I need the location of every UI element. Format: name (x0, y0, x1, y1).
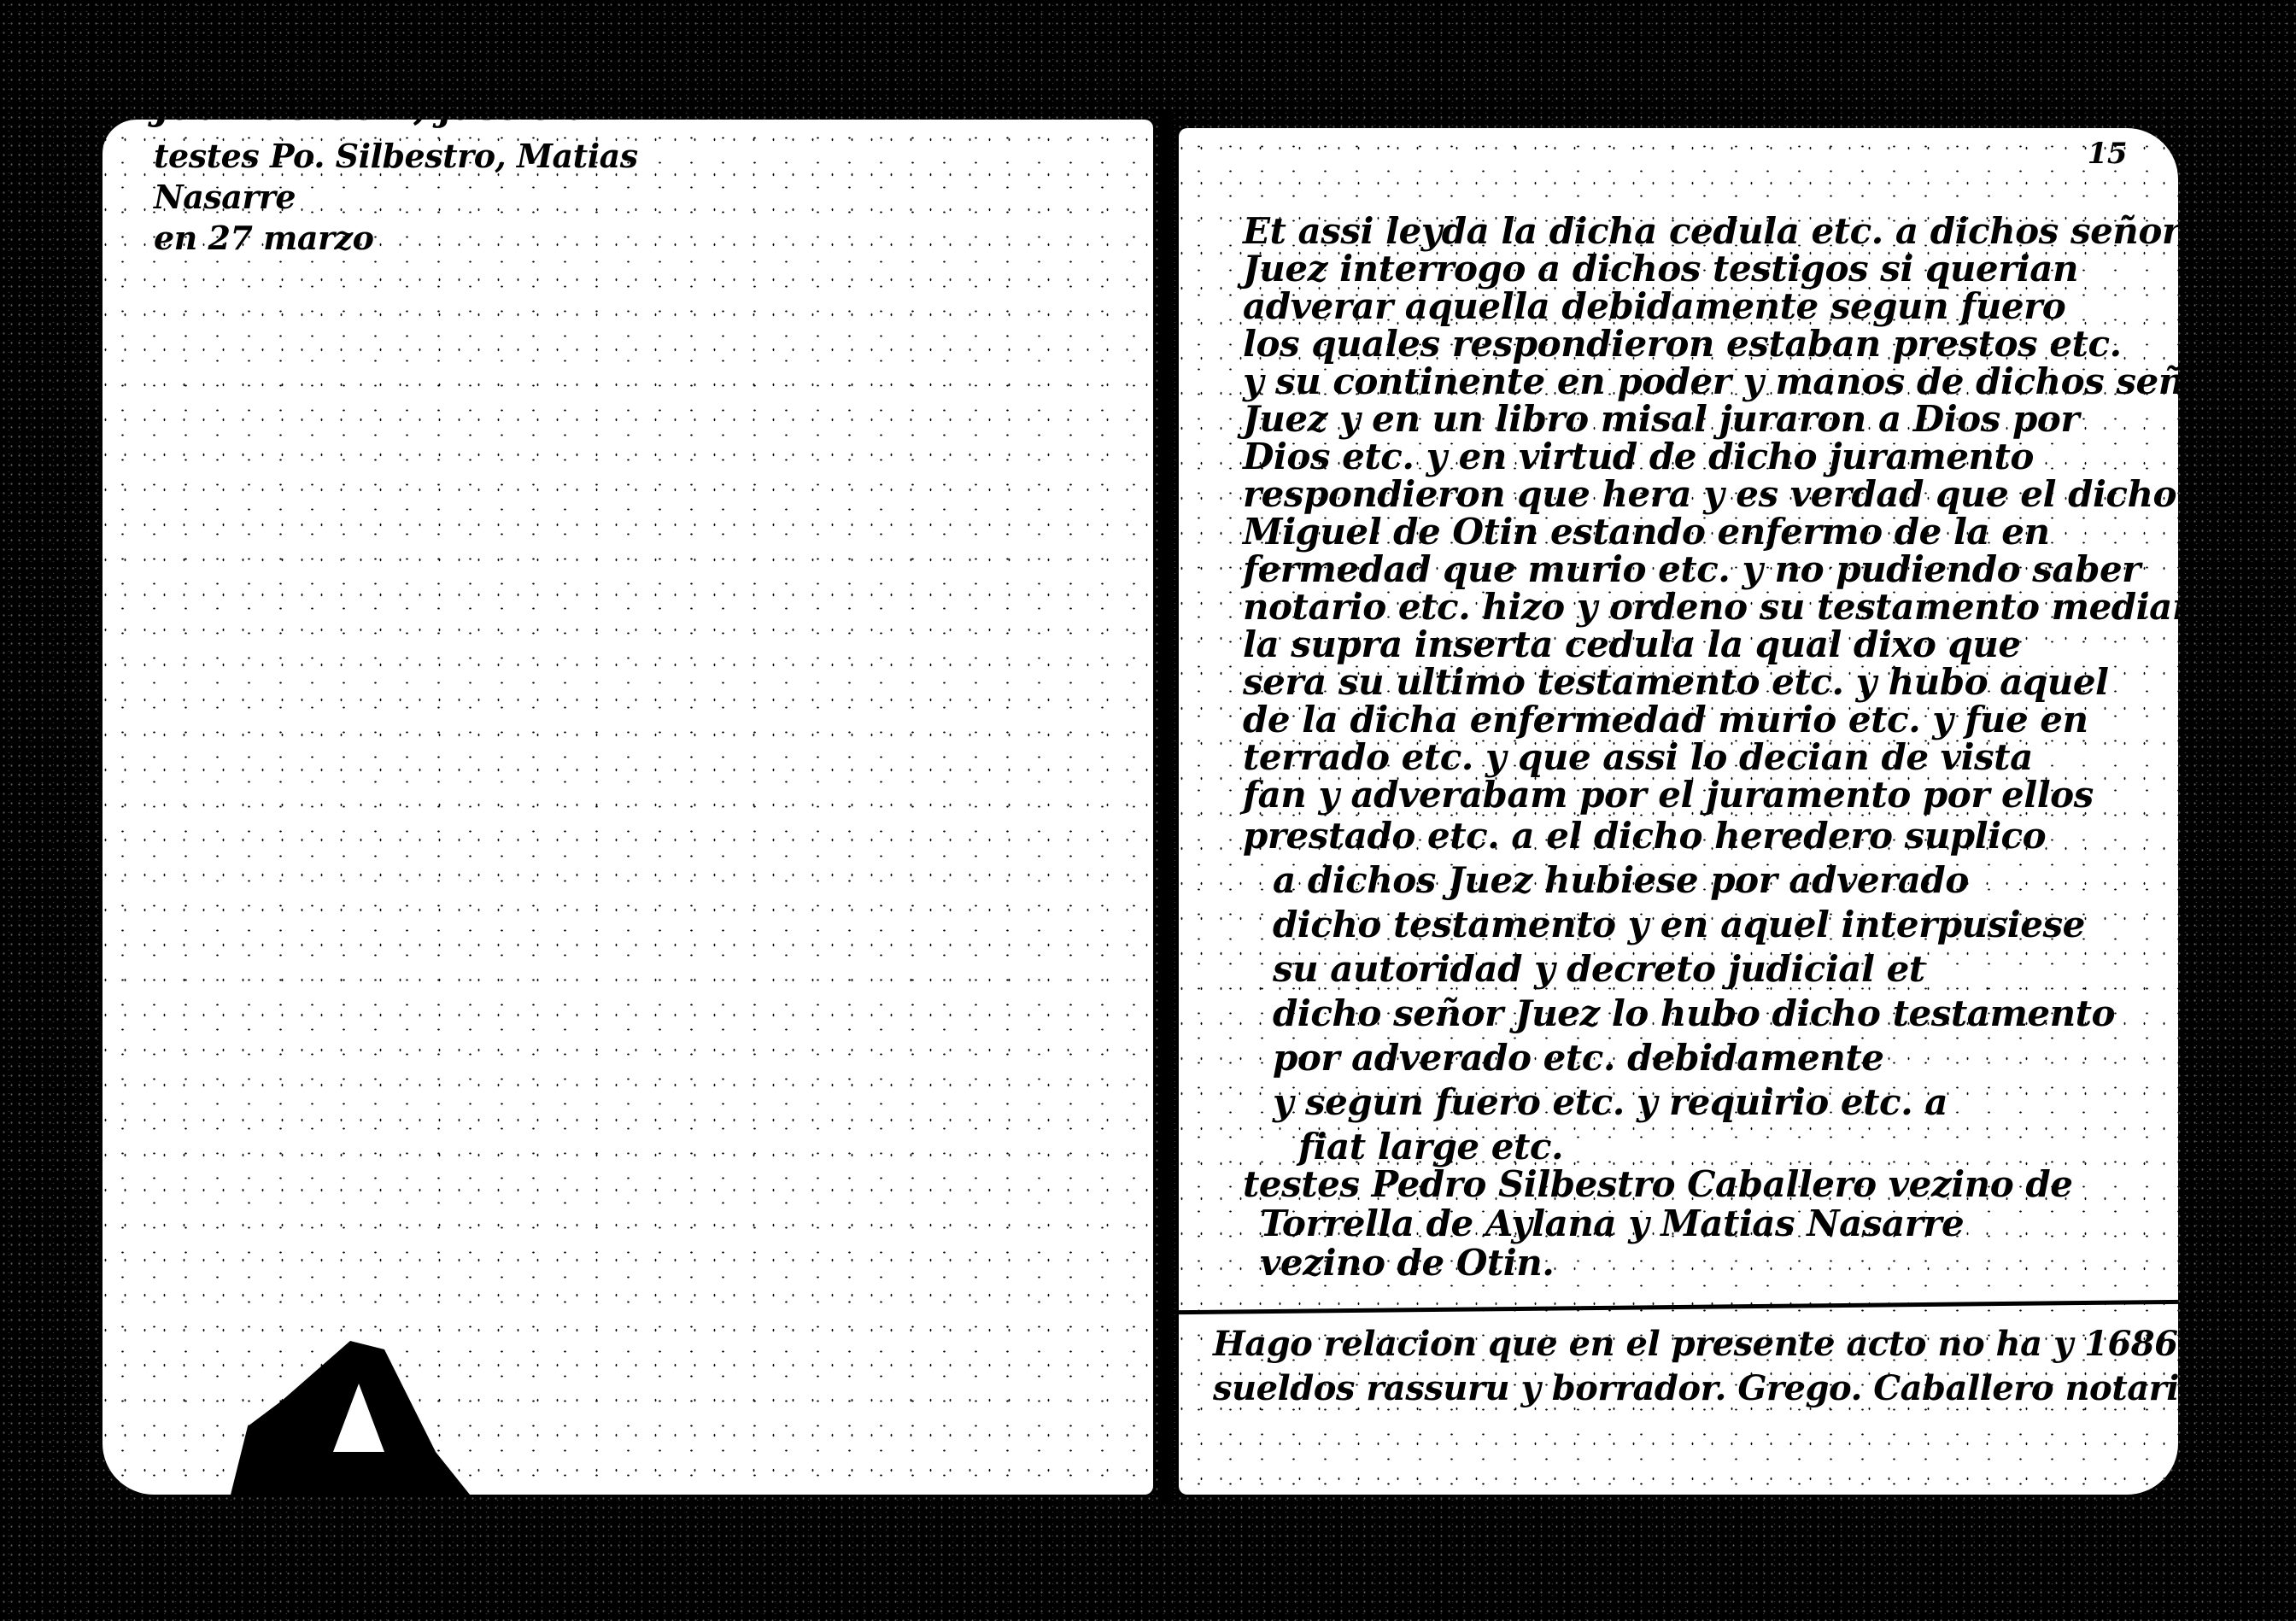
right-page: 15 Et assi leyda la dicha cedula etc. a … (1179, 128, 2178, 1495)
text-line: a dichos Juez hubiese por adverado (1273, 863, 1969, 898)
text-line: fiat large etc. (1298, 1129, 1563, 1165)
divider-rule (1179, 1300, 2178, 1314)
text-line: fan y adverabam por el juramento por ell… (1243, 777, 2094, 813)
text-line: la supra inserta cedula la qual dixo que (1243, 627, 2021, 663)
text-line: Miguel de Otin estando enfermo de la en (1243, 514, 2050, 550)
text-line: Juez interrogo a dichos testigos si quer… (1243, 251, 2078, 287)
marginal-note-line: testes Po. Silbestro, Matias (154, 137, 638, 175)
text-line: Torrella de Aylana y Matias Nasarre (1260, 1206, 1964, 1242)
marginal-note-line: en 27 marzo (154, 219, 373, 257)
text-line: dicho testamento y en aquel interpusiese (1273, 907, 2085, 943)
footer-line: Hago relacion que en el presente acto no… (1213, 1324, 2177, 1364)
text-line: y segun fuero etc. y requirio etc. a (1273, 1085, 1947, 1121)
text-line: notario etc. hizo y ordeno su testamento… (1243, 589, 2178, 625)
text-line: Et assi leyda la dicha cedula etc. a dic… (1243, 214, 2178, 249)
text-line: por adverado etc. debidamente (1273, 1040, 1883, 1076)
text-line: de la dicha enfermedad murio etc. y fue … (1243, 702, 2088, 738)
text-line: vezino de Otin. (1260, 1245, 1554, 1281)
footer-line: sueldos rassuru y borrador. Grego. Cabal… (1213, 1368, 2178, 1408)
text-line: testes Pedro Silbestro Caballero vezino … (1243, 1167, 2072, 1203)
book-gutter (1162, 111, 1174, 1503)
folio-number: 15 (2088, 137, 2127, 171)
marginal-note-line: Nasarre (154, 178, 296, 216)
text-line: fermedad que murio etc. y no pudiendo sa… (1243, 552, 2141, 588)
text-line: Juez y en un libro misal juraron a Dios … (1243, 401, 2079, 437)
text-line: respondieron que hera y es verdad que el… (1243, 477, 2176, 512)
text-line: adverar aquella debidamente segun fuero (1243, 289, 2065, 325)
manuscript-scan: Juan de Otin, justicia testes Po. Silbes… (0, 0, 2296, 1621)
ink-stain-decoration (231, 1324, 470, 1495)
text-line: su autoridad y decreto judicial et (1273, 951, 1925, 987)
text-line: prestado etc. a el dicho heredero suplic… (1243, 818, 2046, 854)
text-line: dicho señor Juez lo hubo dicho testament… (1273, 996, 2115, 1032)
text-line: los quales respondieron estaban prestos … (1243, 326, 2122, 362)
text-line: terrado etc. y que assi lo decian de vis… (1243, 740, 2033, 775)
marginal-note-line: Juan de Otin, justicia (154, 120, 590, 129)
text-line: sera su ultimo testamento etc. y hubo aq… (1243, 664, 2109, 700)
left-page: Juan de Otin, justicia testes Po. Silbes… (102, 120, 1153, 1495)
text-line: y su continente en poder y manos de dich… (1243, 364, 2178, 400)
text-line: Dios etc. y en virtud de dicho juramento (1243, 439, 2034, 475)
